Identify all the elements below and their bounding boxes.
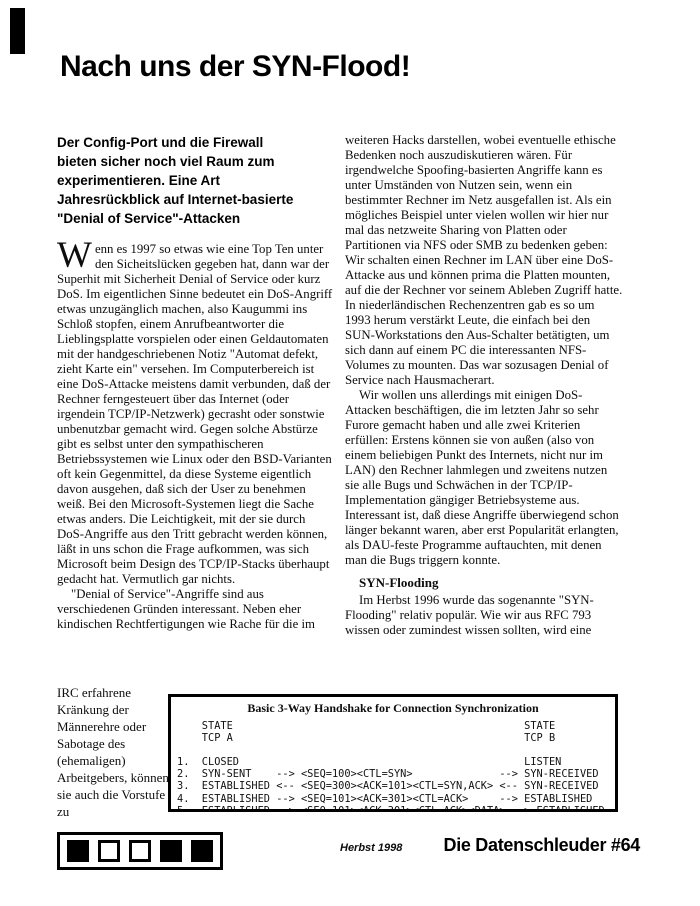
magazine-page: Nach uns der SYN-Flood! Der Config-Port …: [0, 0, 700, 906]
body-paragraph: Im Herbst 1996 wurde das sogenannte "SYN…: [345, 593, 623, 638]
page-index-square-empty: [129, 840, 151, 862]
body-paragraph-text: enn es 1997 so etwas wie eine Top Ten un…: [57, 242, 332, 586]
page-index-square-filled: [191, 840, 213, 862]
article-standfirst: Der Config-Port und die Firewall bieten …: [57, 133, 305, 228]
body-paragraph: Wir wollen uns allerdings mit einigen Do…: [345, 388, 623, 568]
footer-magazine-title: Die Datenschleuder #64: [444, 835, 641, 856]
body-paragraph: weiteren Hacks darstellen, wobei eventue…: [345, 133, 623, 388]
footer-season: Herbst 1998: [340, 842, 402, 854]
figure-handshake-box: Basic 3-Way Handshake for Connection Syn…: [168, 694, 618, 812]
left-column: Der Config-Port und die Firewall bieten …: [57, 133, 335, 632]
figure-title: Basic 3-Way Handshake for Connection Syn…: [177, 701, 609, 716]
figure-listing: STATE STATE TCP A TCP B 1. CLOSED LISTEN…: [177, 720, 609, 812]
page-index-square-empty: [98, 840, 120, 862]
body-paragraph: "Denial of Service"-Angriffe sind aus ve…: [57, 587, 335, 632]
right-column: weiteren Hacks darstellen, wobei eventue…: [345, 133, 623, 638]
page-index-square-filled: [160, 840, 182, 862]
page-index-square-filled: [67, 840, 89, 862]
body-paragraph: Wenn es 1997 so etwas wie eine Top Ten u…: [57, 242, 335, 587]
section-heading: SYN-Flooding: [345, 575, 623, 590]
left-column-wrap-text: IRC erfahrene Kränkung der Männerehre od…: [57, 684, 175, 820]
page-index-marks: [57, 832, 223, 870]
article-title: Nach uns der SYN-Flood!: [60, 50, 410, 84]
page-edge-mark: [10, 8, 25, 54]
dropcap: W: [57, 242, 95, 269]
